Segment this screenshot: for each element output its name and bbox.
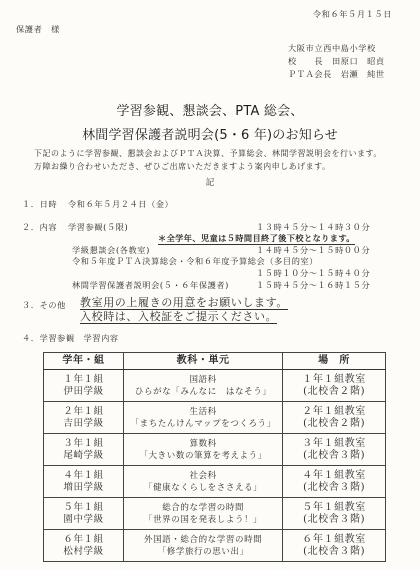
content-row-name: 学習参観(５限) [68,222,128,233]
content-row-time: １５時４５分～１６時１５分 [256,280,370,291]
header-subject: 教科・単元 [124,353,283,370]
sender-block: 大阪市立西中島小学校 校 長 田原口 昭貞 ＰＴＡ会長 岩瀬 純世 [288,42,392,81]
row-floor: (北校舎３階) [283,514,385,526]
row-teacher: 吉田学級 [44,418,123,430]
row-unit: 「世界の国を発表しよう！」 [124,514,282,526]
table-row: １年１組伊田学級 国語科ひらがな「みんなに はなそう」 １年１組教室(北校舎２階… [44,370,386,402]
row-unit: 「健康なくらしをささえる」 [124,482,282,494]
table-row: ６年１組松村学級 外国語・総合的な学習の時間「修学旅行の思い出」 ６年１組教室(… [44,530,386,562]
other-note-pass: 入校時は、入校証をご提示ください。 [80,310,277,324]
row-floor: (北校舎３階) [283,450,385,462]
table-row: ４年１組増田学級 社会科「健康なくらしをささえる」 ４年１組教室(北校舎３階) [44,466,386,498]
row-teacher: 尾崎学級 [44,450,123,462]
sender-school: 大阪市立西中島小学校 [288,42,392,55]
row-unit: 「大きい数の筆算を考えよう」 [124,450,282,462]
item-date-value: 令和６年５月２４日（金） [68,199,173,210]
table-row: ３年１組尾崎学級 算数科「大きい数の筆算を考えよう」 ３年１組教室(北校舎３階) [44,434,386,466]
row-unit: 「まちたんけんマップをつくろう」 [124,418,282,430]
page-title-line2: 林間学習保護者説明会(5・6 年)のお知らせ [0,124,420,143]
header-class: 学年・組 [44,353,124,370]
content-row-time: １４時４５分～１５時００分 [256,245,370,256]
table-header-row: 学年・組 教科・単元 場 所 [44,353,386,370]
intro-text: 下記のように学習参観、懇談会およびＰＴＡ決算、予算総会、林間学習説明会を行います… [26,148,398,173]
item-content-label: ２．内容 [22,222,57,233]
row-floor: (北校舎３階) [283,482,385,494]
content-row-name: 令和５年度ＰＴＡ決算総会・令和６年度予算総会（多目的室） [72,256,318,267]
row-teacher: 増田学級 [44,482,123,494]
row-subject: 総合的な学習の時間 [124,502,282,514]
row-teacher: 園中学級 [44,514,123,526]
intro-paragraph-1: 下記のように学習参観、懇談会およびＰＴＡ決算、予算総会、林間学習説明会を行います… [26,148,398,161]
row-teacher: 伊田学級 [44,386,123,398]
issue-date: 令和６年５月１５日 [313,9,392,20]
table-row: ５年１組園中学級 総合的な学習の時間「世界の国を発表しよう！」 ５年１組教室(北… [44,498,386,530]
row-room: ３年１組教室 [283,438,385,450]
item-schedule-label: ４．学習参観 学習内容 [22,333,119,344]
content-row-time: １５時１０分～１５時４０分 [256,268,370,279]
sender-principal: 校 長 田原口 昭貞 [288,55,392,68]
intro-paragraph-2: 万障お繰り合わせいただき、ぜひご出席いただきますよう案内申しあげます。 [26,161,398,174]
dismissal-note: ＊全学年、児童は５時間目終了後下校となります。 [158,233,355,245]
row-room: ６年１組教室 [283,534,385,546]
row-class: １年１組 [44,374,123,386]
row-class: ４年１組 [44,470,123,482]
row-unit: ひらがな「みんなに はなそう」 [124,386,282,398]
row-class: ５年１組 [44,502,123,514]
content-row-time: １３時４５分～１４時３０分 [256,222,370,233]
row-unit: 「修学旅行の思い出」 [124,546,282,558]
content-row-name: 学級懇談会(各教室) [72,245,150,256]
row-room: ４年１組教室 [283,470,385,482]
row-floor: (北校舎２階) [283,386,385,398]
row-subject: 国語科 [124,374,282,386]
row-class: ３年１組 [44,438,123,450]
header-location: 場 所 [283,353,386,370]
row-class: ２年１組 [44,406,123,418]
lesson-schedule-table: 学年・組 教科・単元 場 所 １年１組伊田学級 国語科ひらがな「みんなに はなそ… [43,352,386,562]
other-notes: 教室用の上履きの用意をお願いします。 入校時は、入校証をご提示ください。 [80,296,288,324]
row-room: ２年１組教室 [283,406,385,418]
row-teacher: 松村学級 [44,546,123,558]
row-class: ６年１組 [44,534,123,546]
item-date-label: １．日時 [22,199,57,210]
row-subject: 算数科 [124,438,282,450]
row-subject: 社会科 [124,470,282,482]
row-floor: (北校舎３階) [283,546,385,558]
page-title-line1: 学習参観、懇談会、PTA 総会、 [0,100,420,119]
row-subject: 生活科 [124,406,282,418]
ki-heading: 記 [0,176,420,188]
addressee: 保護者 様 [16,24,60,35]
table-row: ２年１組吉田学級 生活科「まちたんけんマップをつくろう」 ２年１組教室(北校舎２… [44,402,386,434]
row-room: ５年１組教室 [283,502,385,514]
row-floor: (北校舎２階) [283,418,385,430]
item-other-label: ３．その他 [22,300,66,311]
sender-pta-chair: ＰＴＡ会長 岩瀬 純世 [288,68,392,81]
row-room: １年１組教室 [283,374,385,386]
content-row-name: 林間学習保護者説明会(５・６年保護者) [72,280,229,291]
row-subject: 外国語・総合的な学習の時間 [124,534,282,546]
other-note-slippers: 教室用の上履きの用意をお願いします。 [80,296,288,310]
